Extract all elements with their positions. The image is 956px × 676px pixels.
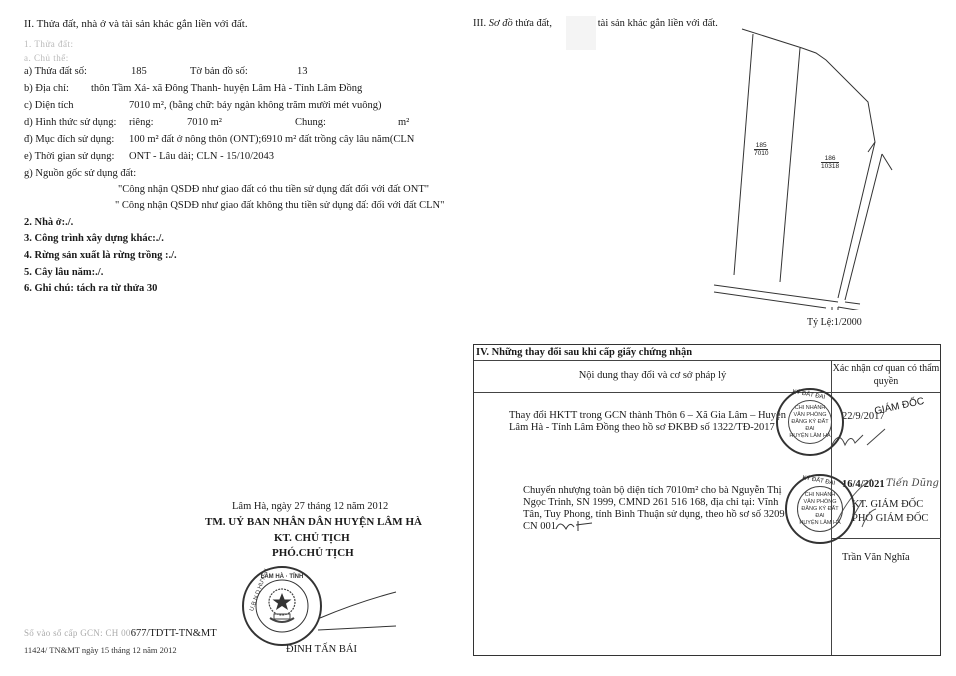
address-label: b) Địa chỉ:: [24, 83, 69, 94]
other-construction-item: 3. Công trình xây dựng khác:./.: [24, 233, 164, 244]
address-value: thôn Tầm Xá- xã Đông Thanh- huyện Lâm Hà…: [91, 83, 362, 94]
term-label: e) Thời gian sử dụng:: [24, 151, 114, 162]
map-sheet-value: 13: [297, 66, 308, 77]
change-entry-2-signer: Trần Văn Nghĩa: [842, 552, 910, 563]
parcel-number-value: 185: [131, 66, 147, 77]
column-header-content: Nội dung thay đổi và cơ sở pháp lý: [474, 360, 831, 392]
redaction-patch: [566, 16, 596, 50]
district-seal-stamp: LÂM HÀ · TỈNH U.B.N.D HUYỆN: [242, 566, 322, 646]
purpose-label: đ) Mục đích sử dụng:: [24, 134, 114, 145]
section-ii-heading: II. Thửa đất, nhà ở và tài sản khác gắn …: [24, 18, 248, 30]
change-entry-2-line-4: CN 001: [523, 521, 556, 532]
origin-line-2: " Công nhận QSDĐ như giao đất không thu …: [115, 200, 444, 211]
map-sheet-label: Tờ bản đồ số:: [190, 66, 248, 77]
planted-forest-item: 4. Rừng sản xuất là rừng trồng :./.: [24, 250, 177, 261]
land-office-stamp-2: CHI NHÁNH VĂN PHÒNG ĐĂNG KÝ ĐẤT ĐAI HUYỆ…: [785, 474, 855, 544]
changes-table-header: Nội dung thay đổi và cơ sở pháp lý Xác n…: [474, 360, 940, 393]
perennial-trees-item: 5. Cây lâu năm:./.: [24, 267, 103, 278]
book-number-faded: Số vào sổ cấp GCN: CH 00677/TDTT-TN&MT: [24, 628, 217, 639]
change-entry-1-line-2: Lâm Hà - Tỉnh Lâm Đồng theo hồ sơ ĐKBĐ s…: [509, 422, 775, 433]
national-emblem-icon: LÂM HÀ · TỈNH U.B.N.D HUYỆN: [244, 568, 320, 644]
change-entry-2-signature-name: Tiến Dũng: [886, 478, 939, 489]
change-entry-1-line-1: Thay đổi HKTT trong GCN thành Thôn 6 – X…: [509, 410, 786, 421]
parcel-186-label: 186 10318: [821, 155, 839, 170]
origin-label: g) Nguồn gốc sử dụng đất:: [24, 168, 136, 179]
change-entry-2-line-1: Chuyển nhượng toàn bộ diện tích 7010m² c…: [523, 485, 782, 496]
change-entry-2-initial-icon: [554, 517, 594, 535]
usage-private-label: riêng:: [129, 117, 154, 128]
changes-table: IV. Những thay đổi sau khi cấp giấy chứn…: [473, 344, 941, 656]
map-scale: Tỷ Lệ:1/2000: [807, 317, 862, 328]
faded-line-2: a. Chủ thể:: [24, 53, 69, 63]
area-label: c) Diện tích: [24, 100, 74, 111]
origin-line-1: "Công nhận QSDĐ như giao đất có thu tiền…: [118, 184, 429, 195]
purpose-value: 100 m² đất ở nông thôn (ONT);6910 m² đất…: [129, 134, 414, 145]
parcel-number-label: a) Thửa đất số:: [24, 66, 87, 77]
signer-name: ĐINH TẤN BÁI: [286, 644, 357, 655]
term-value: ONT - Lâu dài; CLN - 15/10/2043: [129, 151, 274, 162]
faded-line-1: 1. Thửa đất:: [24, 39, 73, 49]
column-header-confirmation: Xác nhận cơ quan có thẩm quyền: [832, 362, 940, 392]
area-value: 7010 m², (bằng chữ: bảy ngàn không trăm …: [129, 100, 382, 111]
house-item: 2. Nhà ở:./.: [24, 217, 73, 228]
usage-shared-unit: m²: [398, 117, 409, 128]
change-entry-1-title: GIÁM ĐỐC: [873, 396, 925, 417]
issue-date-line: Lâm Hà, ngày 27 tháng 12 năm 2012: [232, 501, 388, 512]
issuing-org: TM. UỶ BAN NHÂN DÂN HUYỆN LÂM HÀ: [205, 516, 422, 528]
section-iv-heading: IV. Những thay đổi sau khi cấp giấy chứn…: [474, 345, 940, 361]
role-line-2: PHÓ.CHỦ TỊCH: [272, 547, 354, 559]
parcel-185-label: 185 7010: [754, 142, 768, 157]
usage-form-label: d) Hình thức sử dụng:: [24, 117, 116, 128]
change-entry-2-line-2: Ngọc Trinh, SN 1999, CMND 261 516 168, đ…: [523, 497, 778, 508]
note-item: 6. Ghi chú: tách ra từ thửa 30: [24, 283, 157, 294]
usage-shared-label: Chung:: [295, 117, 326, 128]
change-entry-2-sig-line: [831, 538, 941, 539]
reference-line: 11424/ TN&MT ngày 15 tháng 12 năm 2012: [24, 645, 177, 655]
role-line-1: KT. CHỦ TỊCH: [274, 532, 350, 544]
usage-private-area: 7010 m²: [187, 117, 222, 128]
signature-stroke-icon: [318, 590, 398, 640]
svg-text:U.B.N.D HUYỆN: U.B.N.D HUYỆN: [247, 568, 270, 612]
